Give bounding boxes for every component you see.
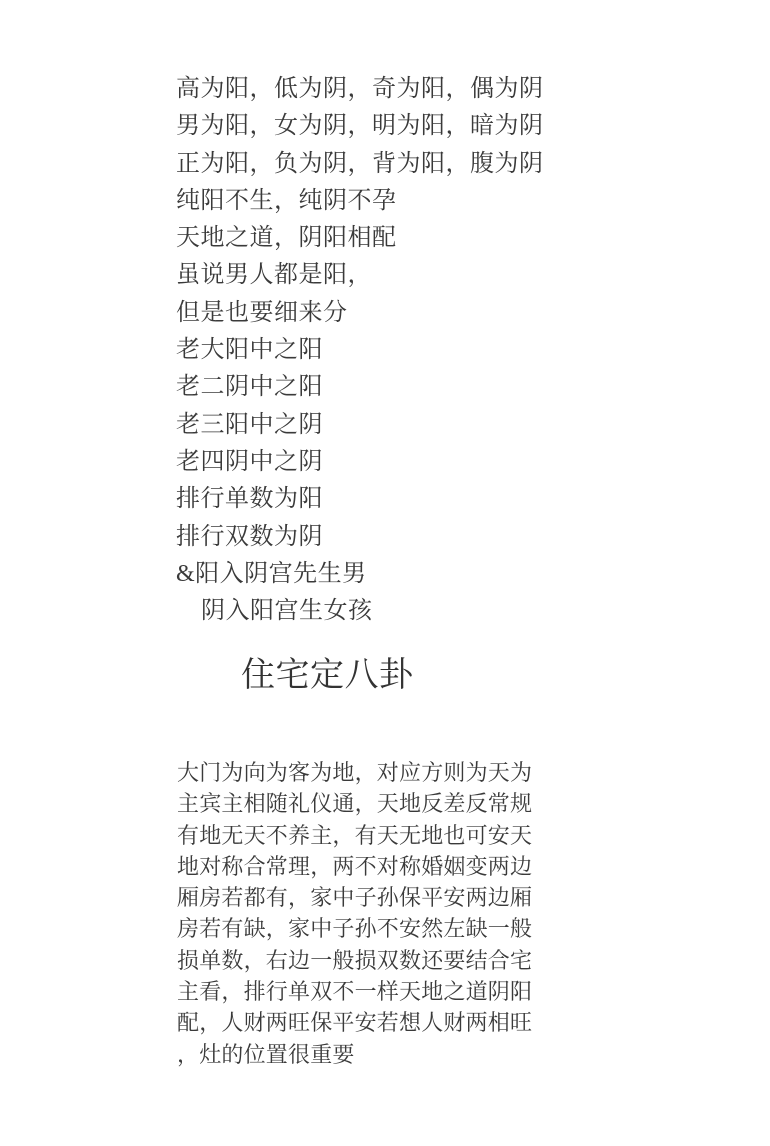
paragraph-line: 房若有缺，家中子孙不安然左缺一般	[177, 913, 532, 944]
list-line: 阴入阳宫生女孩	[176, 593, 544, 630]
yinyang-principles-list: 高为阳，低为阴，奇为阳，偶为阴男为阳，女为阴，明为阳，暗为阴正为阳，负为阴，背为…	[176, 71, 544, 630]
paragraph-line: 厢房若都有，家中子孙保平安两边厢	[177, 882, 532, 913]
list-line: 男为阳，女为阴，明为阳，暗为阴	[176, 108, 544, 145]
list-line: 高为阳，低为阴，奇为阳，偶为阴	[176, 71, 544, 108]
list-line: 老四阴中之阴	[176, 444, 544, 481]
list-line: 排行双数为阴	[176, 519, 544, 556]
paragraph-line: 有地无天不养主，有天无地也可安天	[177, 820, 532, 851]
paragraph-line: 大门为向为客为地，对应方则为天为	[177, 757, 532, 788]
list-line: &阳入阴宫先生男	[176, 556, 544, 593]
paragraph-line: 地对称合常理，两不对称婚姻变两边	[177, 851, 532, 882]
list-line: 正为阳，负为阴，背为阳，腹为阴	[176, 146, 544, 183]
section-heading: 住宅定八卦	[241, 656, 414, 697]
list-line: 纯阳不生，纯阴不孕	[176, 183, 544, 220]
list-line: 天地之道，阴阳相配	[176, 220, 544, 257]
list-line: 老三阳中之阴	[176, 407, 544, 444]
paragraph-line: 配，人财两旺保平安若想人财两相旺	[177, 1007, 532, 1038]
list-line: 老大阳中之阳	[176, 332, 544, 369]
list-line: 虽说男人都是阳，	[176, 257, 544, 294]
list-line: 老二阴中之阳	[176, 369, 544, 406]
body-paragraph: 大门为向为客为地，对应方则为天为主宾主相随礼仪通，天地反差反常规有地无天不养主，…	[177, 757, 532, 1070]
list-line: 但是也要细来分	[176, 295, 544, 332]
document-page: 高为阳，低为阴，奇为阳，偶为阴男为阳，女为阴，明为阳，暗为阴正为阳，负为阴，背为…	[0, 0, 770, 1146]
list-line: 排行单数为阳	[176, 481, 544, 518]
paragraph-line: 损单数，右边一般损双数还要结合宅	[177, 945, 532, 976]
paragraph-line: 主看，排行单双不一样天地之道阴阳	[177, 976, 532, 1007]
paragraph-line: 主宾主相随礼仪通，天地反差反常规	[177, 788, 532, 819]
paragraph-line: ，灶的位置很重要	[177, 1039, 532, 1070]
